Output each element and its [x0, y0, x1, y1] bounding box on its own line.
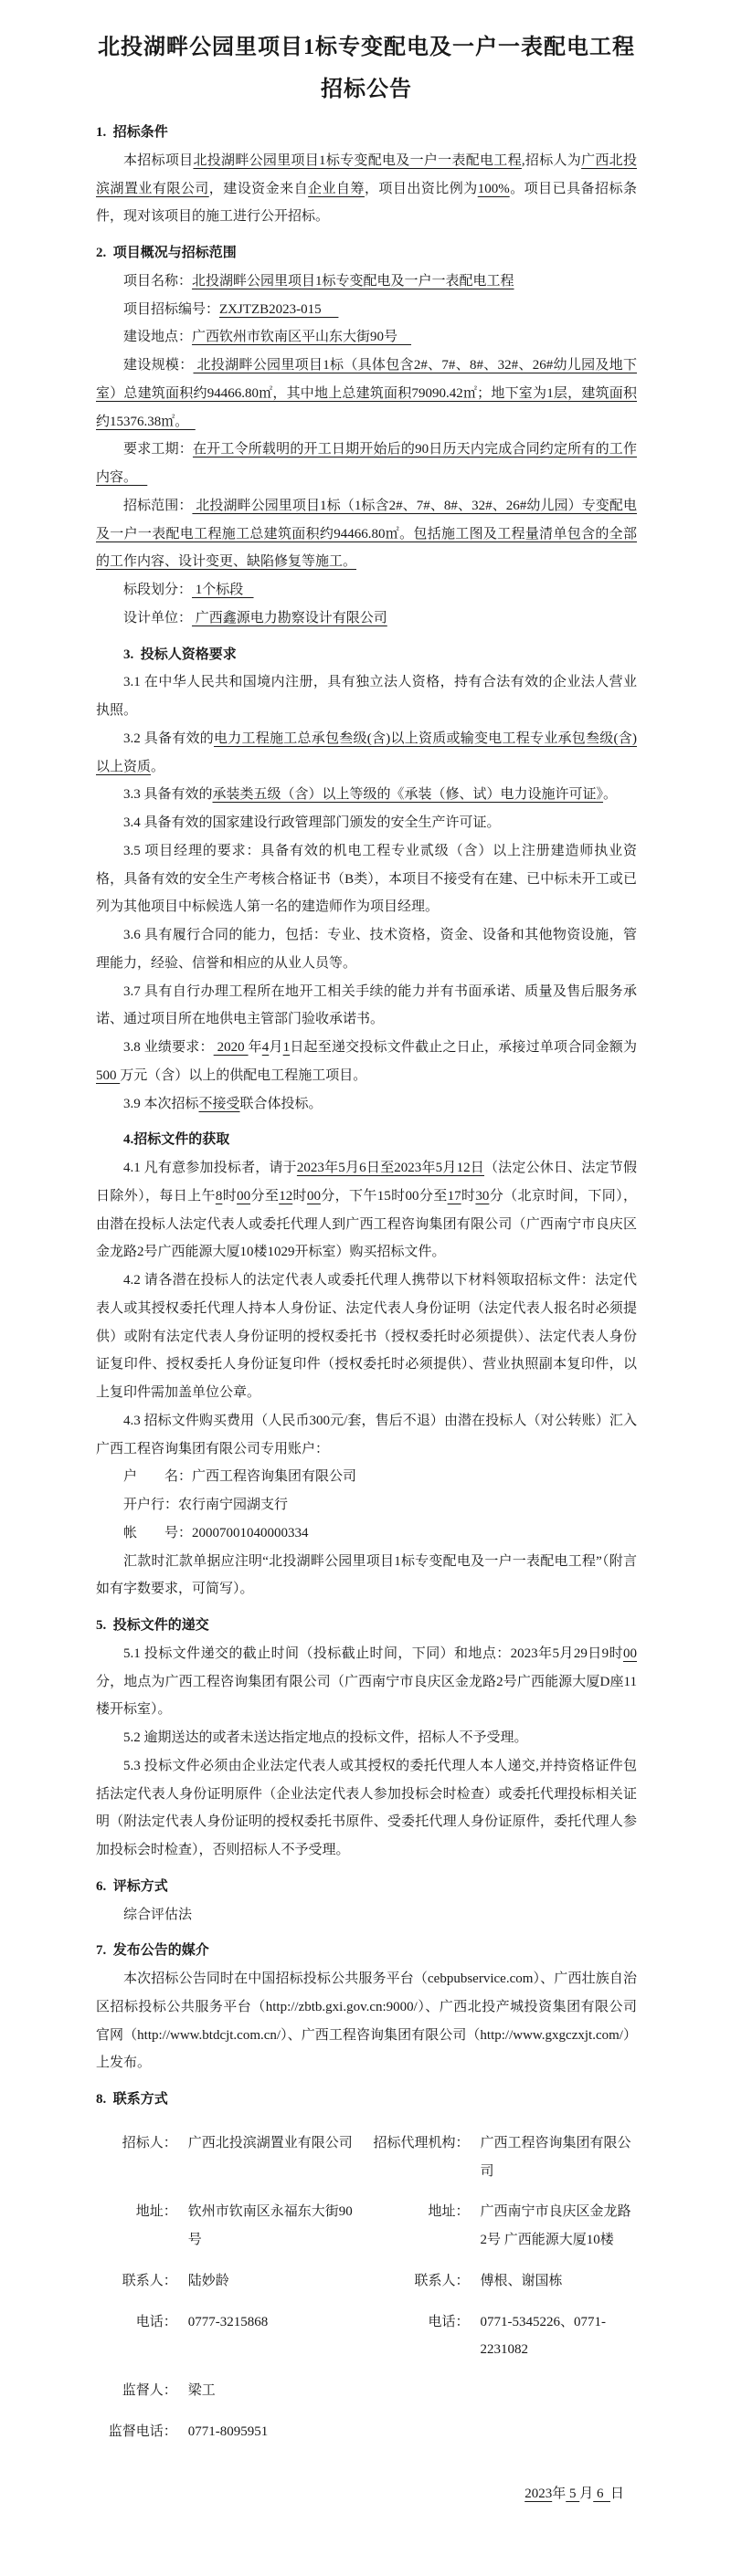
section-heading-5: 5. 投标文件的递交 [96, 1612, 637, 1640]
paragraph: 4.2 请各潜在投标人的法定代表人或委托代理人携带以下材料领取招标文件：法定代表… [96, 1267, 637, 1407]
contact-label: 电话： [355, 2302, 469, 2371]
contact-label: 电话： [96, 2302, 177, 2371]
paragraph: 帐 号：20007001040000334 [96, 1519, 637, 1548]
paragraph: 3.1 在中华人民共和国境内注册，具有独立法人资格，持有合法有效的企业法人营业执… [96, 668, 637, 725]
paragraph: 建设规模： 北投湖畔公园里项目1标（具体包含2#、7#、8#、32#、26#幼儿… [96, 352, 637, 436]
contact-row: 联系人：陆妙龄联系人：傅根、谢国栋 [96, 2261, 637, 2302]
contact-label [355, 2412, 469, 2453]
paragraph: 3.6 具有履行合同的能力，包括：专业、技术资格，资金、设备和其他物资设施，管理… [96, 921, 637, 978]
paragraph: 3.7 具有自行办理工程所在地开工相关手续的能力并有书面承诺、质量及售后服务承诺… [96, 978, 637, 1035]
contact-value: 广西南宁市良庆区金龙路2号 广西能源大厦10楼 [469, 2192, 637, 2261]
document-page: 北投湖畔公园里项目1标专变配电及一户一表配电工程 招标公告 1. 招标条件本招标… [0, 0, 731, 2576]
section-heading-1: 1. 招标条件 [96, 119, 637, 147]
contact-label: 监督人： [96, 2371, 177, 2412]
paragraph: 4.1 凡有意参加投标者，请于2023年5月6日至2023年5月12日（法定公休… [96, 1154, 637, 1267]
paragraph: 本招标项目北投湖畔公园里项目1标专变配电及一户一表配电工程,招标人为广西北投滨湖… [96, 147, 637, 231]
contact-value [469, 2371, 637, 2412]
paragraph: 4.3 招标文件购买费用（人民币300元/套，售后不退）由潜在投标人（对公转账）… [96, 1407, 637, 1464]
contact-row: 电话：0777-3215868电话：0771-5345226、0771-2231… [96, 2302, 637, 2371]
contact-value: 广西工程咨询集团有限公司 [469, 2123, 637, 2192]
contact-value: 0771-5345226、0771-2231082 [469, 2302, 637, 2371]
contact-value: 钦州市钦南区永福东大街90号 [177, 2192, 355, 2261]
contact-label: 招标代理机构： [355, 2123, 469, 2192]
paragraph: 5.1 投标文件递交的截止时间（投标截止时间，下同）和地点：2023年5月29日… [96, 1640, 637, 1724]
contact-row: 地址：钦州市钦南区永福东大街90号地址：广西南宁市良庆区金龙路2号 广西能源大厦… [96, 2192, 637, 2261]
paragraph: 3.9 本次招标不接受联合体投标。 [96, 1090, 637, 1119]
paragraph: 5.2 逾期送达的或者未送达指定地点的投标文件，招标人不予受理。 [96, 1724, 637, 1752]
paragraph: 设计单位： 广西鑫源电力勘察设计有限公司 [96, 605, 637, 633]
paragraph: 项目招标编号：ZXJTZB2023-015 [96, 296, 637, 324]
contact-value: 傅根、谢国栋 [469, 2261, 637, 2302]
contact-row: 招标人：广西北投滨湖置业有限公司招标代理机构：广西工程咨询集团有限公司 [96, 2123, 637, 2192]
paragraph: 3.4 具备有效的国家建设行政管理部门颁发的安全生产许可证。 [96, 809, 637, 837]
contact-value: 梁工 [177, 2371, 355, 2412]
contact-label: 监督电话： [96, 2412, 177, 2453]
paragraph: 3.5 项目经理的要求：具备有效的机电工程专业贰级（含）以上注册建造师执业资格，… [96, 837, 637, 921]
paragraph: 3.8 业绩要求： 2020 年4月1日起至递交投标文件截止之日止，承接过单项合… [96, 1034, 637, 1090]
section-heading-6: 6. 评标方式 [96, 1873, 637, 1901]
contact-row: 监督电话：0771-8095951 [96, 2412, 637, 2453]
document-title-line1: 北投湖畔公园里项目1标专变配电及一户一表配电工程 [96, 27, 637, 69]
paragraph: 5.3 投标文件必须由企业法定代表人或其授权的委托代理人本人递交,并持资格证件包… [96, 1752, 637, 1865]
contact-value: 广西北投滨湖置业有限公司 [177, 2123, 355, 2192]
paragraph: 建设地点：广西钦州市钦南区平山东大街90号 [96, 323, 637, 352]
section-heading-8: 8. 联系方式 [96, 2086, 637, 2114]
paragraph: 招标范围： 北投湖畔公园里项目1标（1标含2#、7#、8#、32#、26#幼儿园… [96, 492, 637, 576]
contact-label: 招标人： [96, 2123, 177, 2192]
section-heading-2: 2. 项目概况与招标范围 [96, 239, 637, 268]
contact-label [355, 2371, 469, 2412]
document-date: 2023年 5 月 6 日 [96, 2480, 637, 2508]
paragraph: 项目名称：北投湖畔公园里项目1标专变配电及一户一表配电工程 [96, 268, 637, 296]
section-heading-3: 3. 投标人资格要求 [96, 641, 637, 669]
contact-value: 0777-3215868 [177, 2302, 355, 2371]
paragraph: 开户行：农行南宁园湖支行 [96, 1491, 637, 1519]
contact-table: 招标人：广西北投滨湖置业有限公司招标代理机构：广西工程咨询集团有限公司地址：钦州… [96, 2123, 637, 2453]
contact-value: 0771-8095951 [177, 2412, 355, 2453]
contact-label: 联系人： [355, 2261, 469, 2302]
paragraph: 综合评估法 [96, 1901, 637, 1929]
contact-value [469, 2412, 637, 2453]
paragraph: 标段划分： 1个标段 [96, 576, 637, 605]
document-title-line2: 招标公告 [96, 69, 637, 111]
section-heading-7: 7. 发布公告的媒介 [96, 1937, 637, 1965]
paragraph: 要求工期：在开工令所载明的开工日期开始后的90日历天内完成合同约定所有的工作内容… [96, 436, 637, 492]
contact-label: 地址： [355, 2192, 469, 2261]
contact-row: 监督人：梁工 [96, 2371, 637, 2412]
paragraph: 户 名：广西工程咨询集团有限公司 [96, 1463, 637, 1491]
paragraph: 3.3 具备有效的承装类五级（含）以上等级的《承装（修、试）电力设施许可证》。 [96, 781, 637, 809]
section-heading-4: 4.招标文件的获取 [96, 1126, 637, 1154]
contact-table-body: 招标人：广西北投滨湖置业有限公司招标代理机构：广西工程咨询集团有限公司地址：钦州… [96, 2123, 637, 2453]
paragraph: 3.2 具备有效的电力工程施工总承包叁级(含)以上资质或输变电工程专业承包叁级(… [96, 725, 637, 782]
paragraph: 汇款时汇款单据应注明“北投湖畔公园里项目1标专变配电及一户一表配电工程”（附言如… [96, 1548, 637, 1604]
contact-label: 地址： [96, 2192, 177, 2261]
document-body: 1. 招标条件本招标项目北投湖畔公园里项目1标专变配电及一户一表配电工程,招标人… [96, 119, 637, 2114]
paragraph: 本次招标公告同时在中国招标投标公共服务平台（cebpubservice.com）… [96, 1965, 637, 2077]
contact-label: 联系人： [96, 2261, 177, 2302]
contact-value: 陆妙龄 [177, 2261, 355, 2302]
